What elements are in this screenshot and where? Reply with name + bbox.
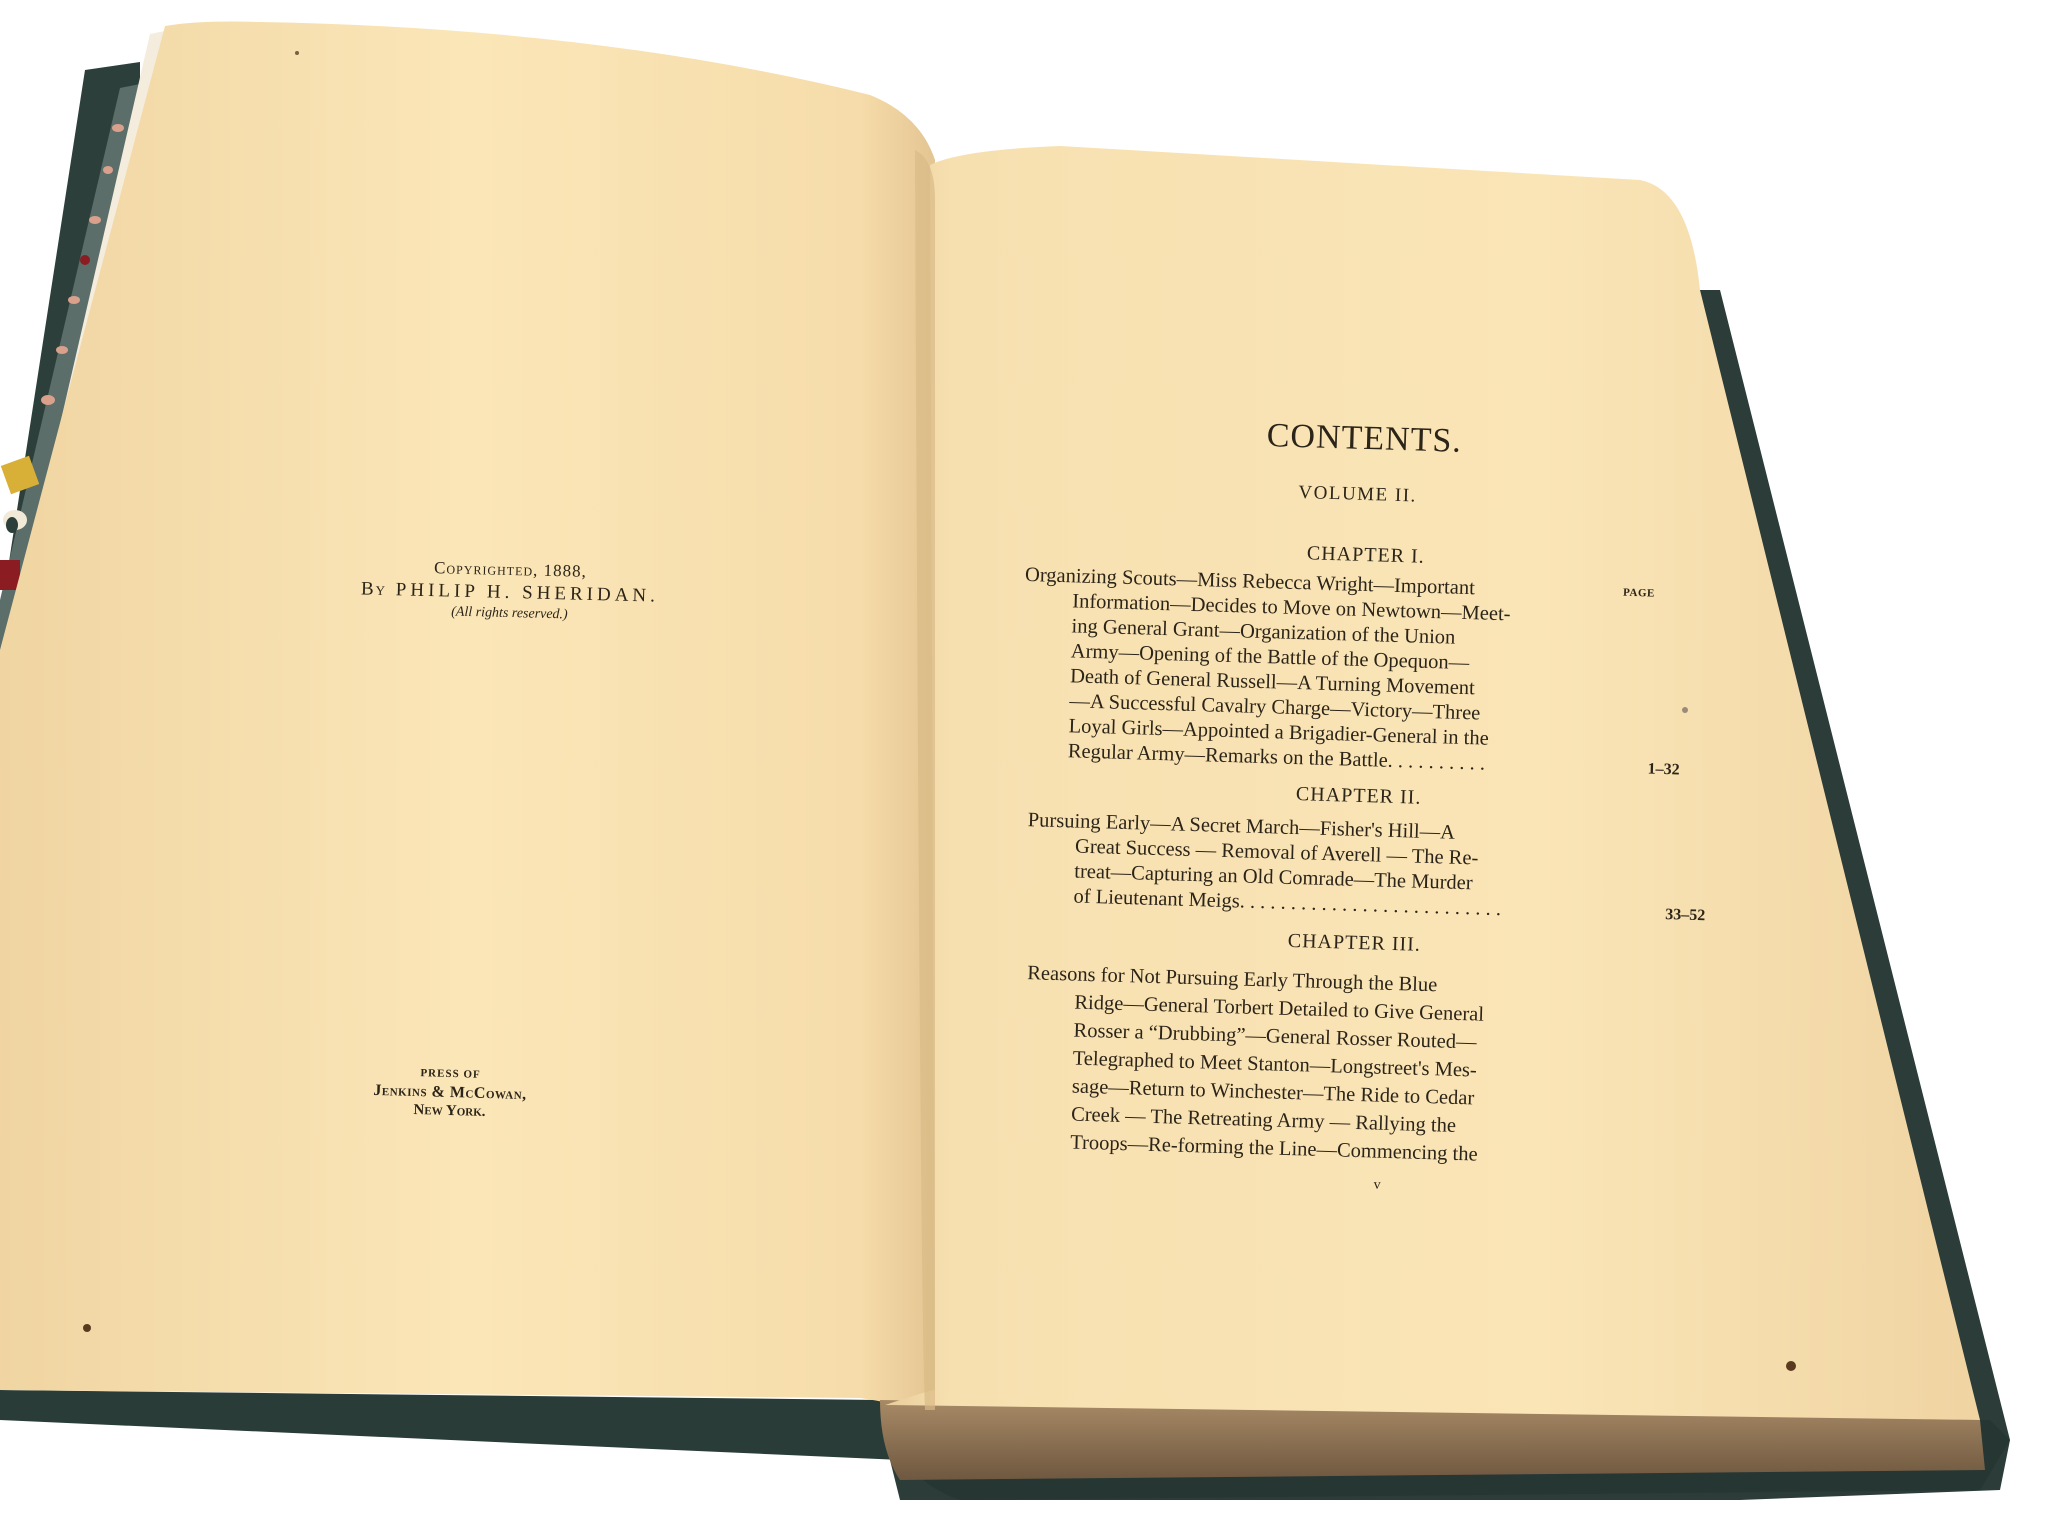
page-range: 33–52 bbox=[1665, 902, 1706, 928]
chapter-entry: Reasons for Not Pursuing Early Through t… bbox=[1022, 959, 1714, 1175]
page-range: 1–32 bbox=[1647, 756, 1680, 782]
chapter-heading: CHAPTER III. bbox=[994, 921, 1714, 965]
chapter-entry: Pursuing Early—A Secret March—Fisher's H… bbox=[1025, 808, 1718, 928]
foxing-spot bbox=[83, 1324, 91, 1332]
table-of-contents: CONTENTS. VOLUME II. CHAPTER I. PAGE Org… bbox=[1007, 410, 1730, 1203]
open-book-photo: Copyrighted, 1888, By PHILIP H. SHERIDAN… bbox=[0, 0, 2048, 1532]
author-name: PHILIP H. SHERIDAN. bbox=[396, 579, 660, 606]
chapter-entry: PAGE Organizing Scouts—Miss Rebecca Wrig… bbox=[1020, 563, 1726, 784]
copyright-notice: Copyrighted, 1888, By PHILIP H. SHERIDAN… bbox=[299, 555, 720, 627]
volume-label: VOLUME II. bbox=[987, 473, 1727, 517]
page-column-label: PAGE bbox=[1623, 581, 1655, 607]
left-page bbox=[0, 22, 935, 1421]
printer-imprint: PRESS OF Jenkins & McCowan, New York. bbox=[329, 1065, 570, 1124]
foxing-spot bbox=[1786, 1361, 1796, 1371]
foxing-spot bbox=[295, 51, 299, 55]
by-label: By bbox=[361, 578, 388, 600]
